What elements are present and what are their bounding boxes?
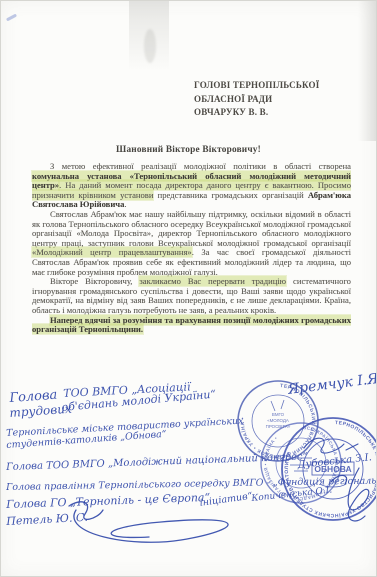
- signature-flourish-right: [321, 456, 377, 546]
- hand-signature-yaremchuk: Яремчук І.Я.: [287, 370, 377, 398]
- paragraph: Вікторе Вікторовичу, закликаємо Вас пере…: [32, 277, 351, 315]
- paragraph: Наперед вдячні за розуміння та врахуванн…: [32, 316, 351, 335]
- stamp-obnova: ТЕРНОПІЛЬСЬКЕ МІСЬКЕ ТОВАРИСТВО УКРАЇНСЬ…: [282, 418, 377, 520]
- hand-signature-dubovska: Дубовська З.І.: [297, 452, 372, 471]
- svg-text:ПРОСВІТА»: ПРОСВІТА»: [266, 424, 291, 429]
- scan-smudge: [358, 1, 376, 141]
- svg-text:ВМГО: ВМГО: [272, 412, 285, 417]
- letter-body: З метою ефективної реалізації молодіжної…: [32, 162, 351, 335]
- hand-line-petel: Петель Ю. С.: [6, 511, 88, 528]
- body-text: представника громадських організацій: [153, 190, 307, 200]
- addressee-line: ГОЛОВІ ТЕРНОПІЛЬСЬКОЇ: [194, 79, 319, 93]
- svg-text:«МОЛОДА: «МОЛОДА: [267, 418, 289, 423]
- addressee-block: ГОЛОВІ ТЕРНОПІЛЬСЬКОЇ ОБЛАСНОЇ РАДИ ОВЧА…: [194, 79, 319, 120]
- body-text: закликаємо Вас перервати традицію: [139, 276, 286, 286]
- salutation: Шановний Вікторе Вікторовичу!: [1, 145, 376, 155]
- scan-smudge: [144, 29, 156, 63]
- emphasis-text: Наперед вдячні за розуміння та врахуванн…: [32, 315, 351, 335]
- hand-line-kongres: Голова ТОО ВМГО „Молодіжний національний…: [6, 451, 308, 473]
- scanned-letter-page: ГОЛОВІ ТЕРНОПІЛЬСЬКОЇ ОБЛАСНОЇ РАДИ ОВЧА…: [0, 0, 377, 577]
- body-text: Святослав Абрам'юк має нашу найбільшу пі…: [32, 209, 351, 248]
- paragraph: Святослав Абрам'юк має нашу найбільшу пі…: [32, 210, 351, 277]
- hand-line-ternopil-europe: Голова ГО „Тернопіль - це Європа“: [6, 491, 210, 511]
- body-text: .: [124, 199, 126, 209]
- paragraph: З метою ефективної реалізації молодіжної…: [32, 162, 351, 210]
- pen-mark: [6, 14, 17, 22]
- body-text: «Молодіжний центр працевлаштування»: [32, 247, 192, 257]
- body-text: З метою ефективної реалізації молодіжної…: [50, 161, 351, 171]
- addressee-line: ОБЛАСНОЇ РАДИ: [194, 93, 319, 107]
- addressee-line: ОВЧАРУКУ В. В.: [194, 106, 319, 120]
- body-text: Вікторе Вікторовичу,: [50, 276, 139, 286]
